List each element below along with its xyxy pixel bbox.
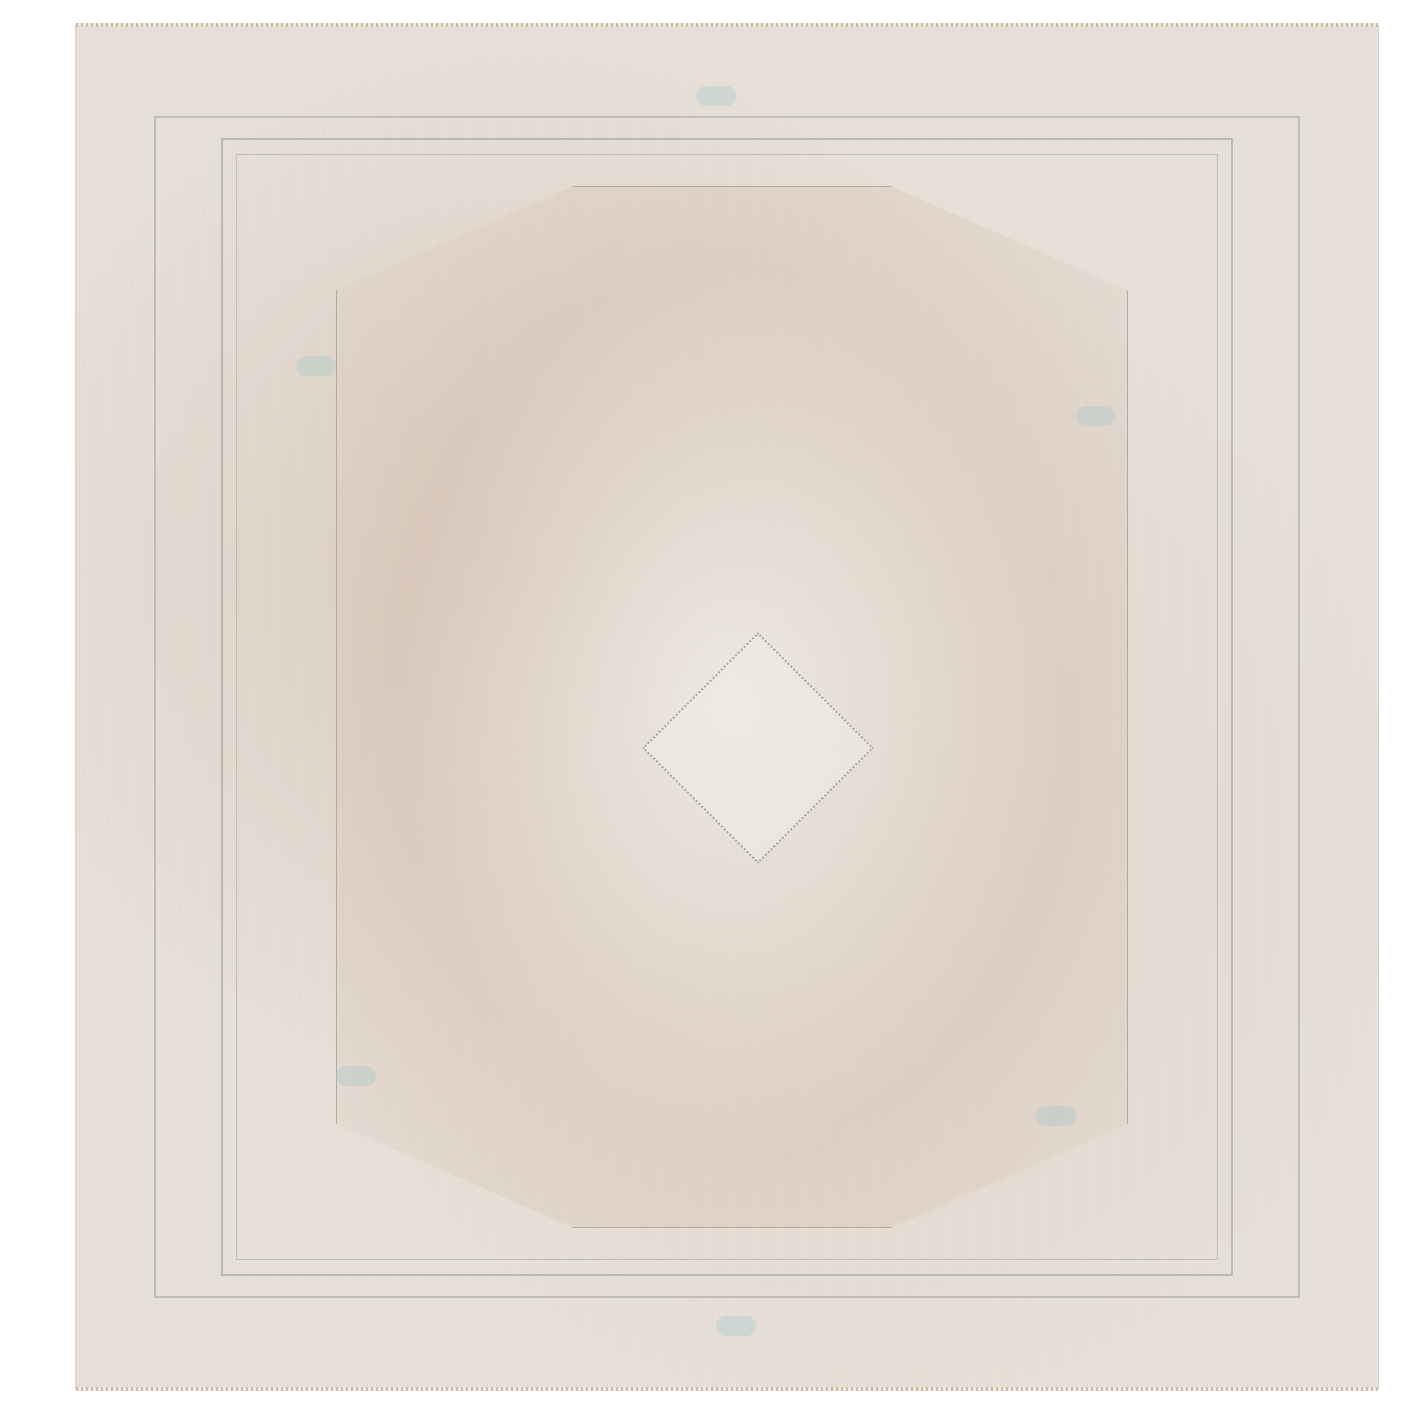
teal-motif xyxy=(696,86,736,106)
teal-motif xyxy=(1076,406,1116,426)
teal-motif xyxy=(296,356,336,376)
rug-fringe-bottom xyxy=(76,1387,1378,1391)
teal-motif xyxy=(716,1316,756,1336)
teal-motif xyxy=(1036,1106,1076,1126)
teal-motif xyxy=(336,1066,376,1086)
rug-photo xyxy=(76,26,1378,1388)
rug-fringe-top xyxy=(76,23,1378,27)
